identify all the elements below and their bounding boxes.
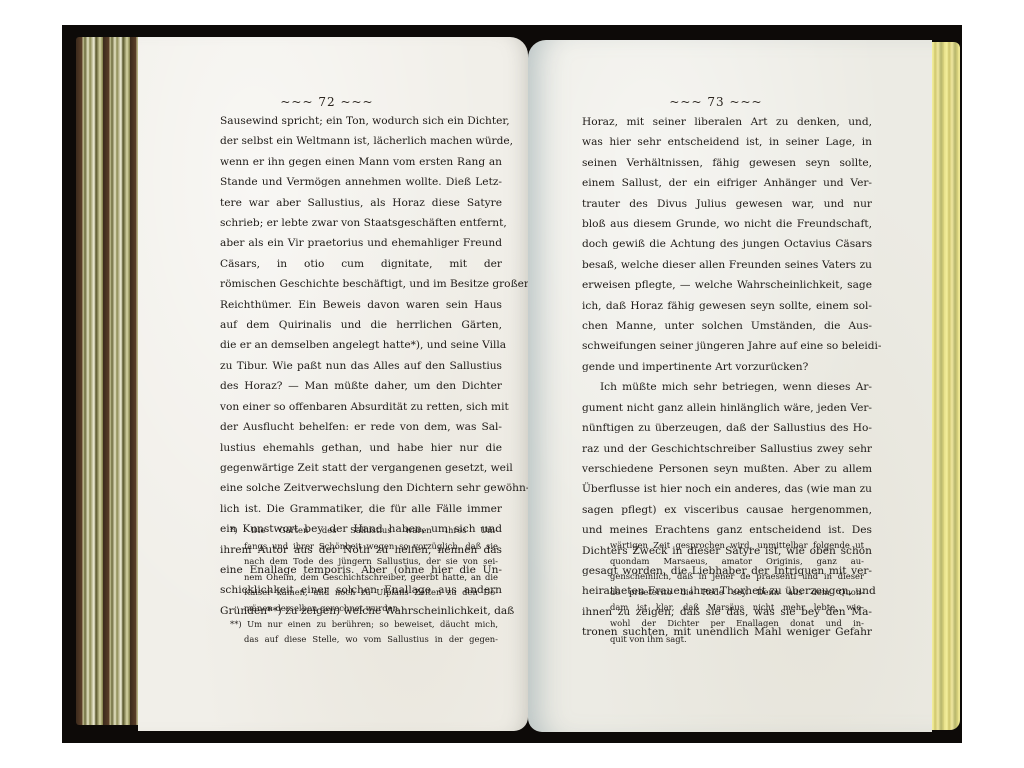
text-line: einem Sallust, der ein eifriger Anhänger… <box>582 173 872 193</box>
page-number-right: ~~~ 73 ~~~ <box>514 95 918 109</box>
footnote-line: Kaiser kamen, und noch zu Ulpians Zeiten… <box>230 585 498 601</box>
text-line: verschiedene Personen seyn mußten. Aber … <box>582 459 872 479</box>
text-line: nünftigen zu überzeugen, daß der Sallust… <box>582 418 872 438</box>
footnote-line: das auf diese Stelle, wo vom Sallustius … <box>230 632 498 648</box>
text-line: tere war aber Sallustius, als Horaz dies… <box>220 193 502 213</box>
footnote-line: **) Um nur einen zu berühren; so beweise… <box>230 617 498 633</box>
text-line: die er an demselben angelegt hatte*), un… <box>220 335 502 355</box>
text-line: Reichthümer. Ein Beweis davon waren sein… <box>220 295 502 315</box>
left-page-footnotes: *) Die Gärten des Sallustius waren ihres… <box>230 523 498 648</box>
text-line: römischen Geschichte beschäftigt, und im… <box>220 274 502 294</box>
text-line: raz und der Geschichtschreiber Sallustiu… <box>582 439 872 459</box>
text-line: der Ausflucht behelfen: er rede von dem,… <box>220 417 502 437</box>
footnote-line: nem Oheim, dem Geschichtschreiber, geerb… <box>230 570 498 586</box>
text-line: aber als ein Vir praetorius und ehemahli… <box>220 233 502 253</box>
text-line: besaß, welche dieser allen Freunden sein… <box>582 255 872 275</box>
footnote-line: de praeterito die Rede sey. Denn aus dem… <box>610 585 864 601</box>
text-line: gument nicht ganz allein hinlänglich wär… <box>582 398 872 418</box>
left-page-edges <box>76 37 138 725</box>
footnote-line: *) Die Gärten des Sallustius waren ihres… <box>230 523 498 539</box>
right-page: ~~~ 73 ~~~ Horaz, mit seiner liberalen A… <box>528 40 932 732</box>
text-line: sagen pflegt) ex visceribus causae herge… <box>582 500 872 520</box>
text-line: wenn er ihn gegen einen Mann vom ersten … <box>220 152 502 172</box>
text-line: eine solche Zeitverwechslung den Dichter… <box>220 478 502 498</box>
text-line: ich, daß Horaz fähig gewesen seyn sollte… <box>582 296 872 316</box>
text-line: der selbst ein Weltmann ist, lächerlich … <box>220 131 502 151</box>
text-line: lustius ehemahls gethan, und habe hier n… <box>220 438 502 458</box>
text-line: Stande und Vermögen annehmen wollte. Die… <box>220 172 502 192</box>
text-line: des Horaz? — Man müßte daher, um den Dic… <box>220 376 502 396</box>
text-line: bloß aus diesem Grunde, wo nicht die Fre… <box>582 214 872 234</box>
text-line: Ich müßte mich sehr betriegen, wenn dies… <box>582 377 872 397</box>
text-line: gegenwärtige Zeit statt der vergangenen … <box>220 458 502 478</box>
text-line: chen Manne, unter solchen Umständen, die… <box>582 316 872 336</box>
right-page-edges <box>930 42 960 730</box>
text-line: Cäsars, in otio cum dignitate, mit der <box>220 254 502 274</box>
footnote-line: fangs und ihrer Schönheit wegen so vorzü… <box>230 539 498 555</box>
text-line: von einer so offenbaren Absurdität zu re… <box>220 397 502 417</box>
text-line: lich ist. Die Grammatiker, die für alle … <box>220 499 502 519</box>
text-line: Sausewind spricht; ein Ton, wodurch sich… <box>220 111 502 131</box>
text-line: schrieb; er lebte zwar von Staatsgeschäf… <box>220 213 502 233</box>
text-line: doch gewiß die Achtung des jungen Octavi… <box>582 234 872 254</box>
left-page: ~~~ 72 ~~~ Sausewind spricht; ein Ton, w… <box>138 37 528 731</box>
footnote-line: nach dem Tode des jüngern Sallustius, de… <box>230 554 498 570</box>
footnote-line: quit von ihm sagt. <box>610 632 864 648</box>
right-page-footnotes: wärtigen Zeit gesprochen wird, unmittelb… <box>610 538 864 647</box>
text-line: trauter des Divus Julius gewesen war, un… <box>582 194 872 214</box>
text-line: auf dem Quirinalis und die herrlichen Gä… <box>220 315 502 335</box>
text-line: seinen Verhältnissen, fähig gewesen seyn… <box>582 153 872 173</box>
footnote-line: genscheinlich, daß in jener de praesenti… <box>610 569 864 585</box>
text-line: schweifungen seiner jüngeren Jahre auf e… <box>582 336 872 356</box>
footnote-line: wohl der Dichter per Enallagen donat und… <box>610 616 864 632</box>
text-line: zu Tibur. Wie paßt nun das Alles auf den… <box>220 356 502 376</box>
footnote-line: mänen derselben gerechnet wurden. <box>230 601 498 617</box>
text-line: gende und impertinente Art vorzurücken? <box>582 357 872 377</box>
text-line: was hier sehr entscheidend ist, in seine… <box>582 132 872 152</box>
footnote-line: dam ist klar, daß Marsäus nicht mehr leb… <box>610 600 864 616</box>
text-line: Überflusse ist hier noch ein anderes, da… <box>582 479 872 499</box>
text-line: Horaz, mit seiner liberalen Art zu denke… <box>582 112 872 132</box>
text-line: erweisen pflegte, — welche Wahrscheinlic… <box>582 275 872 295</box>
footnote-line: quondam Marsaeus, amator Originis, ganz … <box>610 554 864 570</box>
footnote-line: wärtigen Zeit gesprochen wird, unmittelb… <box>610 538 864 554</box>
page-number-left: ~~~ 72 ~~~ <box>132 95 522 109</box>
